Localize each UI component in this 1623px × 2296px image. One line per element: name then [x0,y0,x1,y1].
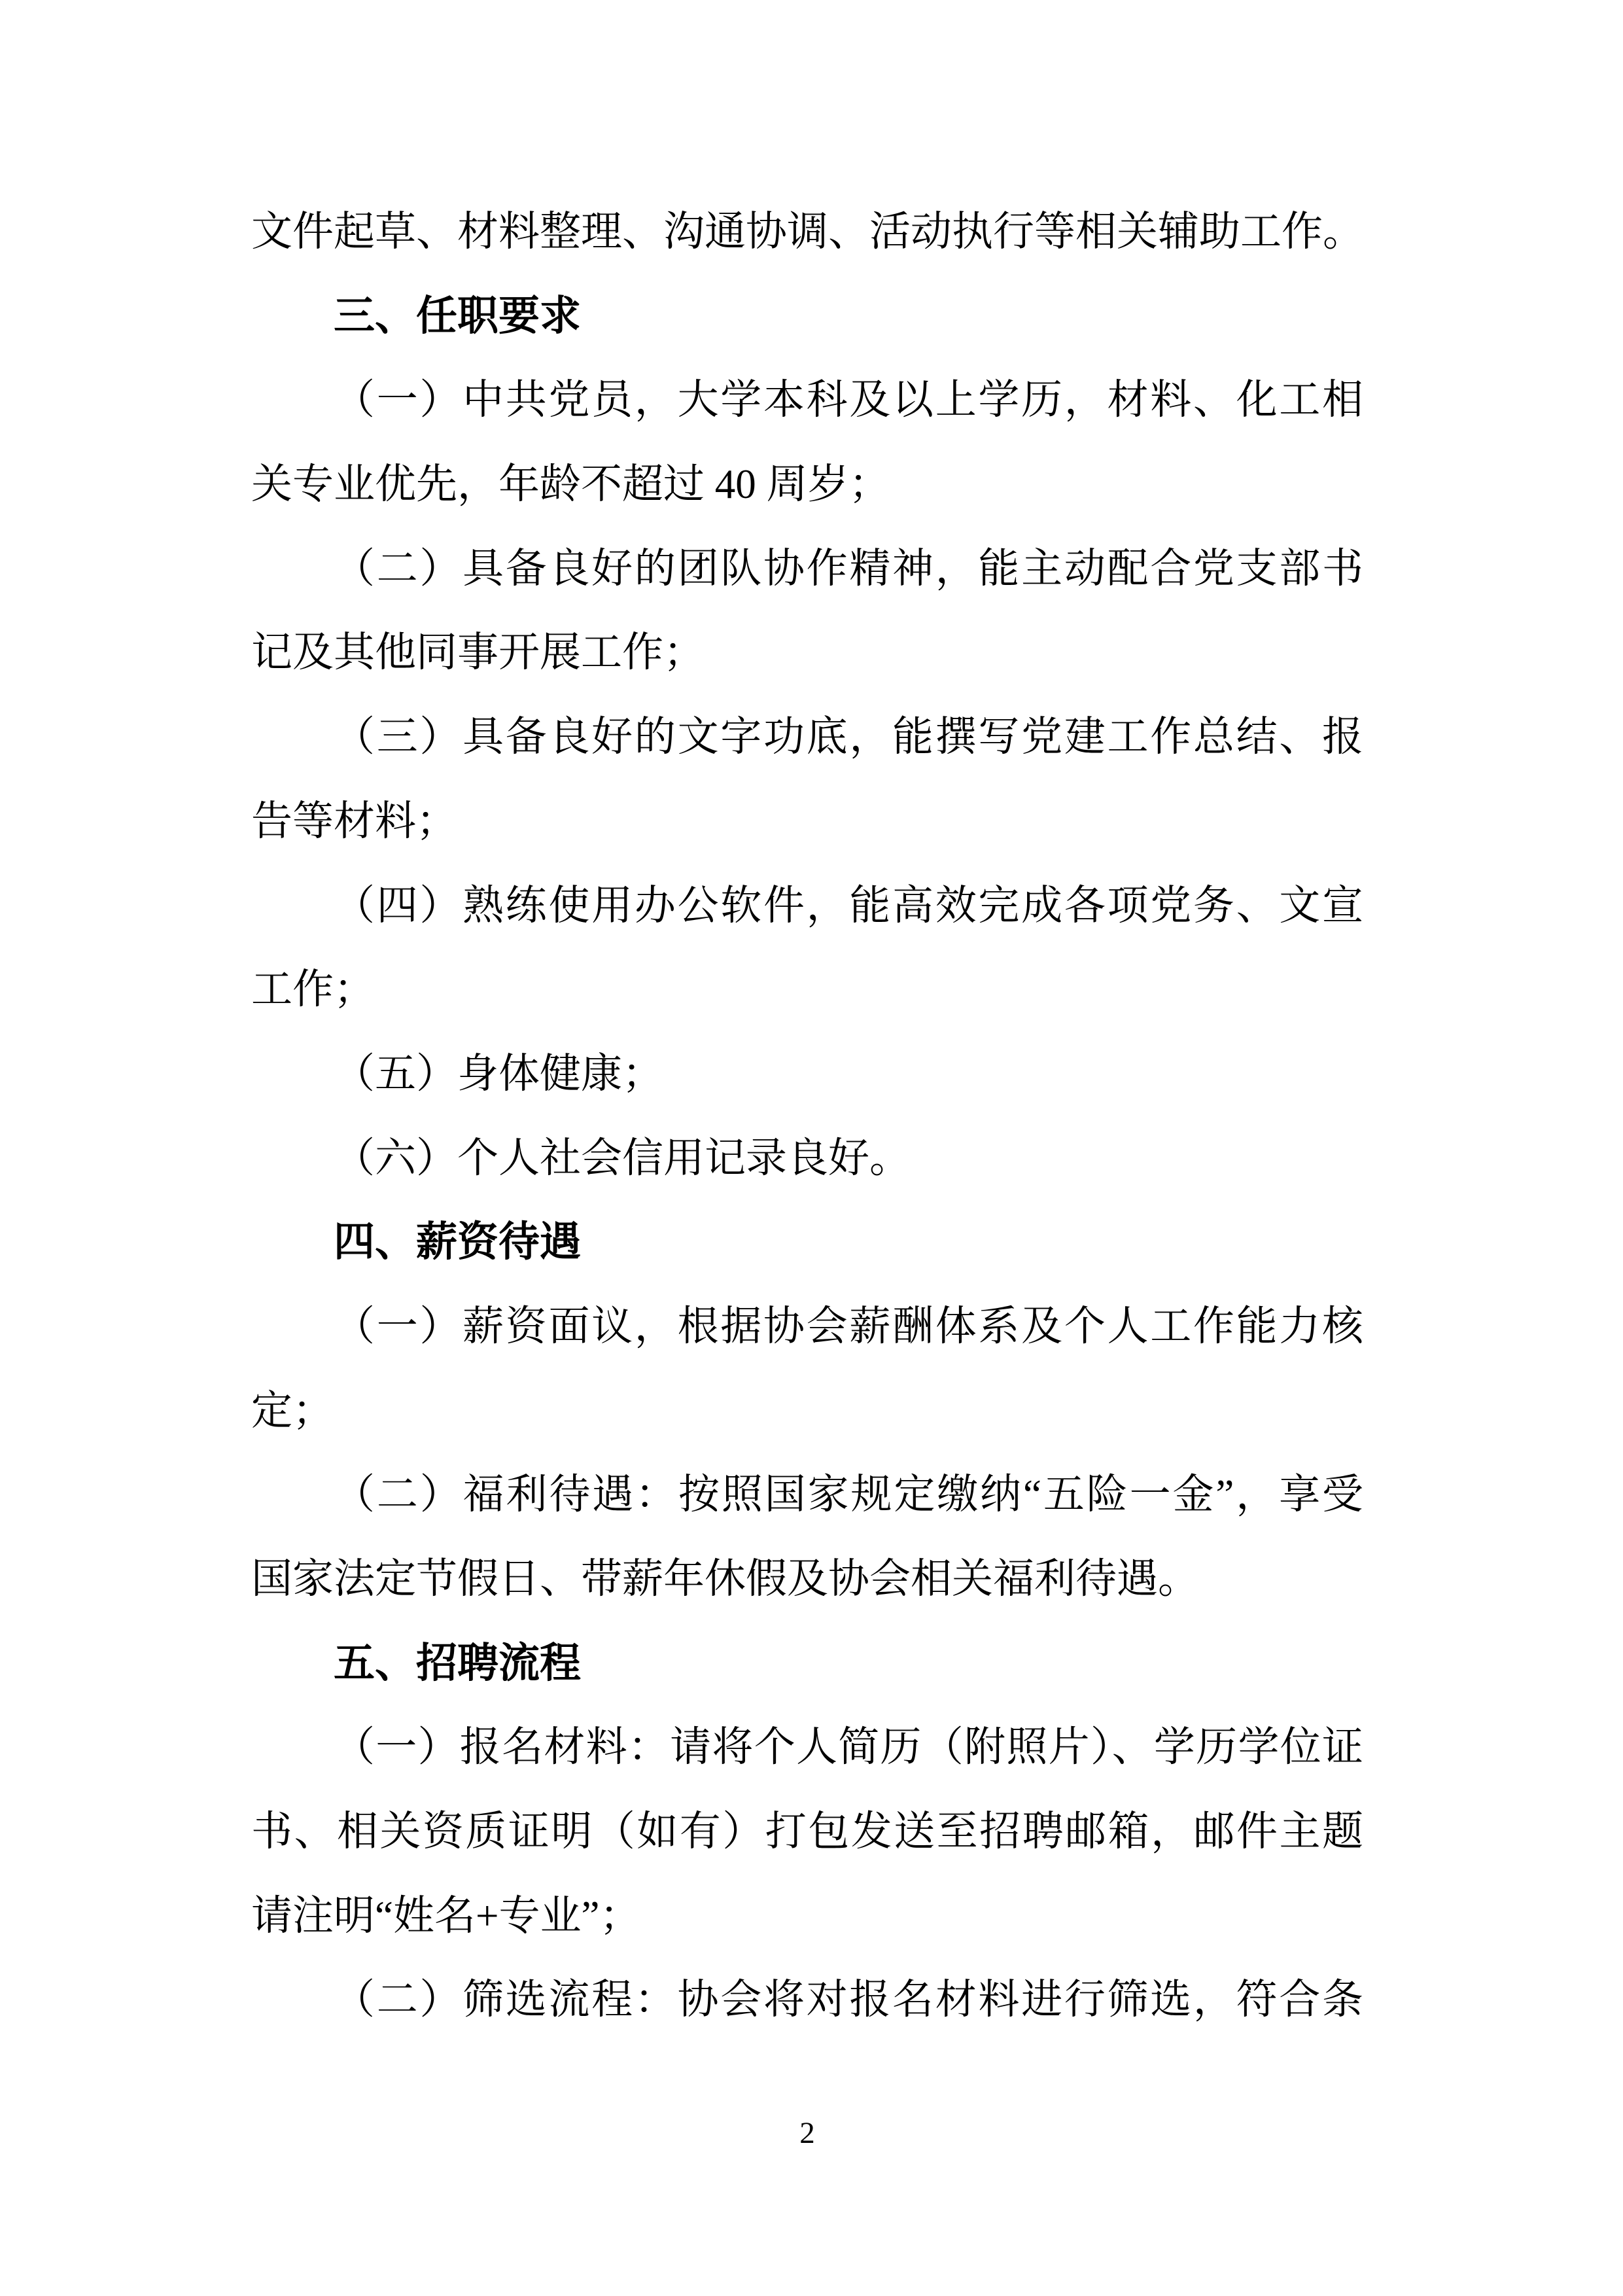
text-line: （二）福利待遇：按照国家规定缴纳“五险一金”，享受 [251,1453,1363,1537]
text-line: 告等材料； [251,779,1363,864]
text-line: （六）个人社会信用记录良好。 [251,1116,1363,1201]
text-line: 文件起草、材料整理、沟通协调、活动执行等相关辅助工作。 [251,190,1363,274]
text-line: 记及其他同事开展工作； [251,610,1363,695]
section-heading: 四、薪资待遇 [251,1200,1363,1284]
page-number: 2 [251,2112,1363,2154]
document-body: 文件起草、材料整理、沟通协调、活动执行等相关辅助工作。三、任职要求（一）中共党员… [251,190,1363,2042]
text-line: （一）报名材料：请将个人简历（附照片）、学历学位证 [251,1705,1363,1790]
text-line: （五）身体健康； [251,1032,1363,1116]
text-line: 关专业优先，年龄不超过 40 周岁； [251,442,1363,527]
text-line: （三）具备良好的文字功底，能撰写党建工作总结、报 [251,695,1363,779]
text-line: （二）具备良好的团队协作精神，能主动配合党支部书 [251,527,1363,611]
text-line: 定； [251,1369,1363,1453]
text-line: （四）熟练使用办公软件，能高效完成各项党务、文宣 [251,864,1363,948]
section-heading: 五、招聘流程 [251,1621,1363,1706]
text-line: 工作； [251,947,1363,1032]
document-page: 文件起草、材料整理、沟通协调、活动执行等相关辅助工作。三、任职要求（一）中共党员… [0,0,1623,2296]
section-heading: 三、任职要求 [251,274,1363,359]
text-line: 书、相关资质证明（如有）打包发送至招聘邮箱，邮件主题 [251,1790,1363,1874]
text-line: 国家法定节假日、带薪年休假及协会相关福利待遇。 [251,1537,1363,1621]
text-line: （二）筛选流程：协会将对报名材料进行筛选，符合条 [251,1958,1363,2042]
text-line: （一）中共党员，大学本科及以上学历，材料、化工相 [251,358,1363,442]
text-line: （一）薪资面议，根据协会薪酬体系及个人工作能力核 [251,1284,1363,1369]
text-line: 请注明“姓名+专业”； [251,1874,1363,1958]
